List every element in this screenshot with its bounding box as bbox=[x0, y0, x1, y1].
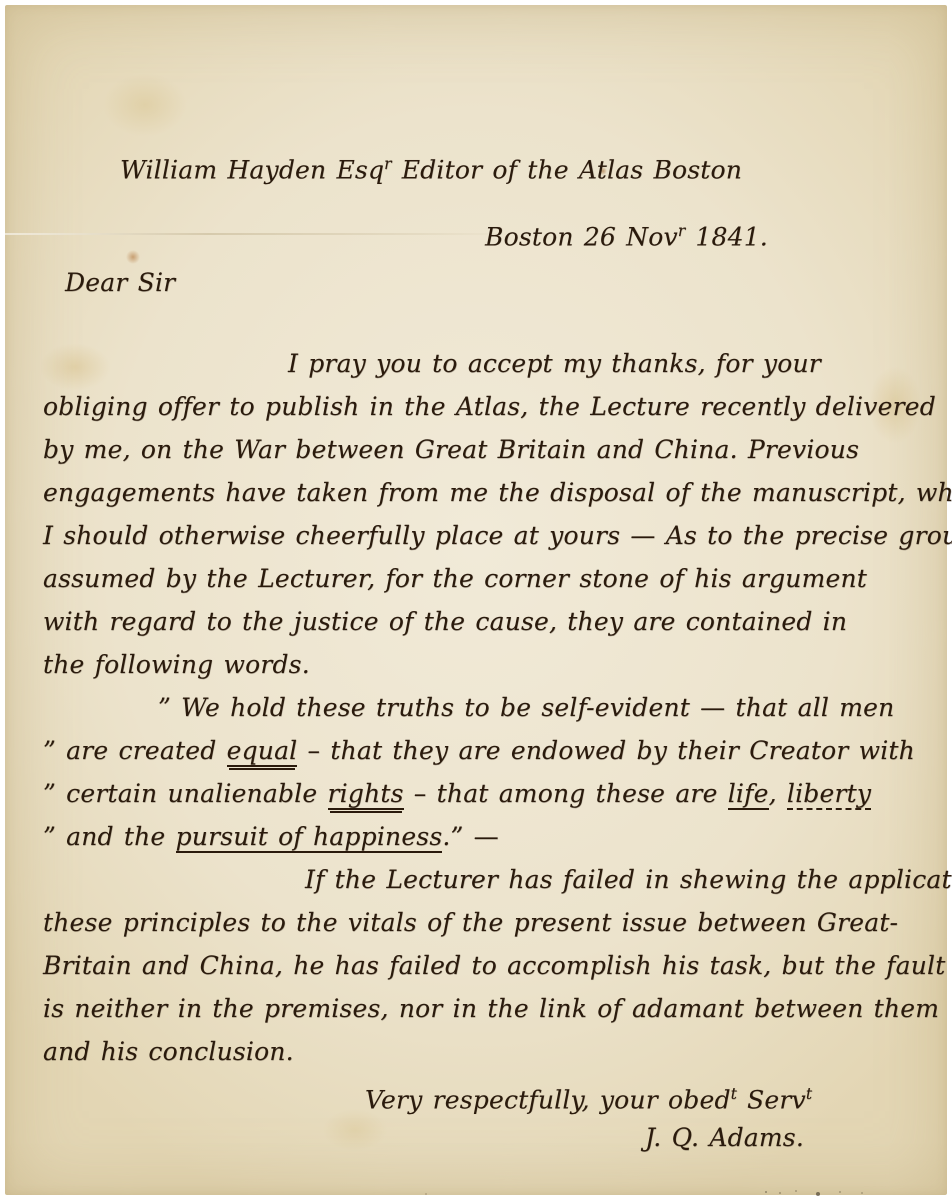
text-segment: .” — bbox=[442, 822, 498, 851]
text-segment: ” certain unalienable bbox=[43, 779, 328, 808]
text-segment: is neither in the premises, nor in the l… bbox=[43, 994, 939, 1023]
letter-content: William Hayden Esqr Editor of the Atlas … bbox=[43, 5, 915, 1159]
body-line: by me, on the War between Great Britain … bbox=[43, 428, 915, 471]
text-segment: William Hayden Esq bbox=[120, 155, 384, 184]
text-segment: by me, on the War between Great Britain … bbox=[43, 435, 859, 464]
body-line: is neither in the premises, nor in the l… bbox=[43, 987, 915, 1030]
date-line: Boston 26 Novr 1841. bbox=[43, 210, 915, 253]
body-line: and his conclusion. bbox=[43, 1030, 915, 1073]
text-segment: I pray you to accept my thanks, for your bbox=[288, 349, 821, 378]
quote-line: ” and the pursuit of happiness.” — bbox=[43, 815, 915, 858]
body-line: engagements have taken from me the dispo… bbox=[43, 471, 915, 514]
text-segment: J. Q. Adams. bbox=[645, 1123, 804, 1152]
underlined-word: life bbox=[728, 779, 769, 810]
underlined-word: equal bbox=[227, 736, 298, 767]
text-segment: Serv bbox=[737, 1085, 806, 1114]
text-segment: ” We hold these truths to be self-eviden… bbox=[158, 693, 894, 722]
superscript: r bbox=[384, 155, 391, 173]
text-segment: engagements have taken from me the dispo… bbox=[43, 478, 952, 507]
quote-line: ” certain unalienable rights – that amon… bbox=[43, 772, 915, 815]
letter-paper: William Hayden Esqr Editor of the Atlas … bbox=[5, 5, 947, 1195]
letter-body: I pray you to accept my thanks, for your… bbox=[43, 342, 915, 1073]
body-line: assumed by the Lecturer, for the corner … bbox=[43, 557, 915, 600]
body-line: obliging offer to publish in the Atlas, … bbox=[43, 385, 915, 428]
signature-line: J. Q. Adams. bbox=[43, 1116, 915, 1159]
body-line: If the Lecturer has failed in shewing th… bbox=[43, 858, 915, 901]
ink-specks bbox=[765, 1191, 767, 1193]
salutation: Dear Sir bbox=[43, 261, 915, 304]
text-segment: – that they are endowed by their Creator… bbox=[297, 736, 915, 765]
text-segment: with regard to the justice of the cause,… bbox=[43, 607, 847, 636]
text-segment: and his conclusion. bbox=[43, 1037, 294, 1066]
text-segment: these principles to the vitals of the pr… bbox=[43, 908, 898, 937]
text-segment: If the Lecturer has failed in shewing th… bbox=[305, 865, 952, 894]
body-line: I should otherwise cheerfully place at y… bbox=[43, 514, 915, 557]
text-segment: obliging offer to publish in the Atlas, … bbox=[43, 392, 936, 421]
recipient-line: William Hayden Esqr Editor of the Atlas … bbox=[43, 143, 915, 186]
text-segment: the following words. bbox=[43, 650, 310, 679]
underlined-word: pursuit of happiness bbox=[176, 822, 443, 853]
underlined-word: liberty bbox=[787, 779, 871, 810]
text-segment: , bbox=[769, 779, 787, 808]
superscript: t bbox=[806, 1085, 812, 1103]
text-segment: ” and the bbox=[43, 822, 176, 851]
text-segment: – that among these are bbox=[404, 779, 728, 808]
body-line: these principles to the vitals of the pr… bbox=[43, 901, 915, 944]
text-segment: Editor of the Atlas Boston bbox=[392, 155, 743, 184]
text-segment: Very respectfully, your obed bbox=[365, 1085, 731, 1114]
body-line: the following words. bbox=[43, 643, 915, 686]
closing-line: Very respectfully, your obedt Servt bbox=[43, 1073, 915, 1116]
text-segment: Boston 26 Nov bbox=[485, 222, 678, 251]
text-segment: ” are created bbox=[43, 736, 227, 765]
body-line: with regard to the justice of the cause,… bbox=[43, 600, 915, 643]
text-segment: I should otherwise cheerfully place at y… bbox=[43, 521, 952, 550]
text-segment: assumed by the Lecturer, for the corner … bbox=[43, 564, 867, 593]
closing-block: Very respectfully, your obedt Servt J. Q… bbox=[43, 1073, 915, 1159]
body-line: I pray you to accept my thanks, for your bbox=[43, 342, 915, 385]
text-segment: 1841. bbox=[685, 222, 768, 251]
text-segment: Britain and China, he has failed to acco… bbox=[43, 951, 945, 980]
quote-line: ” are created equal – that they are endo… bbox=[43, 729, 915, 772]
quote-line: ” We hold these truths to be self-eviden… bbox=[43, 686, 915, 729]
body-line: Britain and China, he has failed to acco… bbox=[43, 944, 915, 987]
underlined-word: rights bbox=[328, 779, 404, 810]
